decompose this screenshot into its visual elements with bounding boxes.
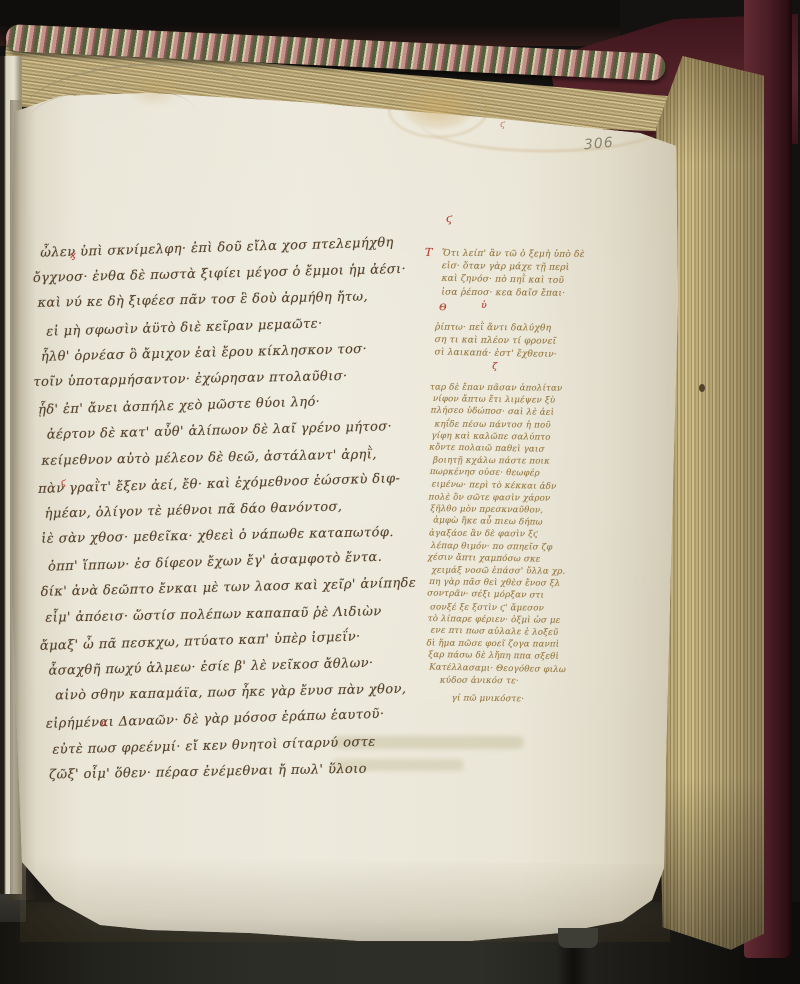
gloss-section-a: Ὅτι λείπ' ἂν τῶ ὁ ξεμὴ ὑπὸ δὲεἰσ· ὅταν γ…	[441, 247, 628, 302]
gloss-section-c: ταρ δὲ ἔπαν πᾶσαν ἀπολίταννίφον ἄπτω ἔτι…	[426, 381, 626, 689]
rubric-upsilon-mark: ὑ	[481, 301, 487, 311]
rubric-theta-mark: Θ	[439, 303, 447, 313]
rubric-top-center-mark: ϛ	[500, 120, 505, 130]
gloss-line: κύδοσ ἀνικόσ τε·	[426, 674, 622, 688]
fore-edge-speck	[699, 384, 705, 392]
rubric-left-margin-mark: ϗ	[69, 251, 76, 262]
stain-ring	[420, 92, 670, 152]
gloss-line: σὶ λαικαπά· ἐστ' ἔχθεσιν·	[434, 347, 620, 364]
gloss-column: Τ Ὅτι λείπ' ἂν τῶ ὁ ξεμὴ ὑπὸ δὲεἰσ· ὅταν…	[425, 247, 628, 720]
gloss-closing-line: γί πῶ μνικόστε·	[452, 692, 602, 707]
rubric-zeta-mark: ζ	[492, 362, 497, 372]
gutter-crease	[10, 100, 36, 900]
rubric-stichos-mark: ϛ	[446, 212, 452, 225]
parchment-stain	[116, 68, 192, 114]
manuscript-photo: 306 ὦλεν ὑπὶ σκνίμελφη· ἐπὶ δοῦ εἴλα χοσ…	[0, 0, 800, 984]
gloss-section-b: ῥίπτω· πεῒ ἄντι δαλύχθηση τι καὶ πλέον τ…	[434, 321, 621, 363]
rubric-left-margin-mark: π	[101, 719, 106, 728]
main-text-column: ὦλεν ὑπὶ σκνίμελφη· ἐπὶ δοῦ εἴλα χοσ πτε…	[30, 230, 447, 792]
gloss-line: ἰσα ῥέποσ· κεα δαῖσ ἔπαι·	[441, 287, 627, 302]
rubric-initial: Τ	[425, 246, 433, 259]
folio-number: 306	[583, 135, 614, 154]
page-corner-tab	[558, 928, 598, 948]
